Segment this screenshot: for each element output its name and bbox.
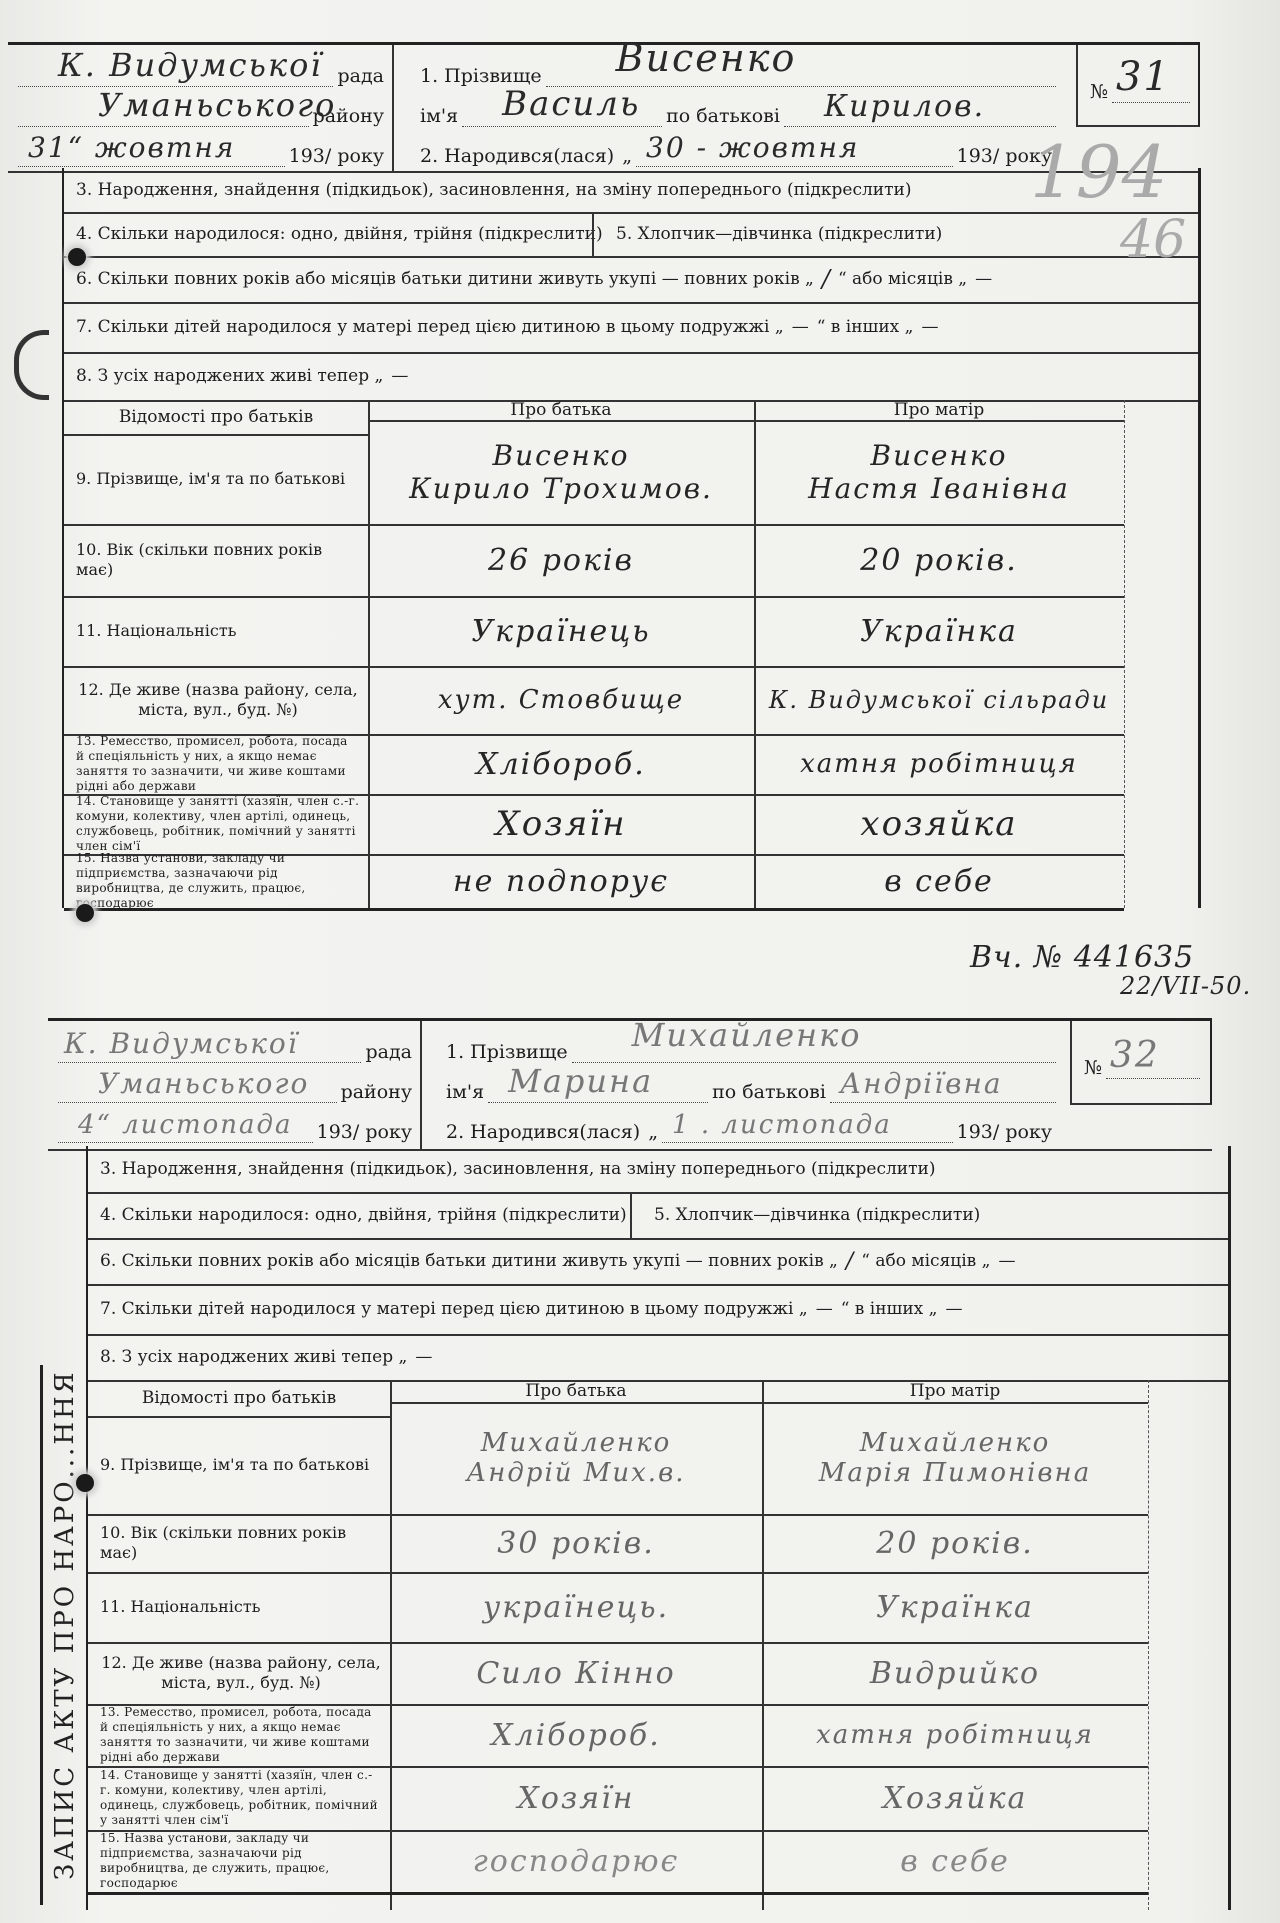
parents-table: Відомості про батьків Про батька Про мат… [64,400,1198,908]
mother-header: Про матір [762,1380,1148,1404]
q8-value: — [391,366,408,386]
mother-nationality: Українка [762,1572,1148,1644]
mother-header: Про матір [754,400,1124,420]
child-info-block: 1. Прізвище Михайленко ім'я Марина по ба… [426,1021,1066,1149]
birth-date-value: 30 - жовтня [646,131,859,164]
q6-row: 6. Скільки повних років або місяців бать… [64,256,1198,304]
q6-years-value: / [846,1249,853,1274]
council-label: рада [361,1041,416,1063]
registration-date-value: 4“ листопада [78,1110,293,1140]
pencil-note-lower: 46 [1120,210,1186,270]
child-info-block: 1. Прізвище Висенко ім'я Василь по батьк… [400,45,1068,171]
year-label: 193/ року [313,1121,416,1143]
number-sign: № [1086,81,1112,103]
father-header: Про батька [368,400,754,420]
q6-label-a: 6. Скільки повних років або місяців бать… [88,1251,838,1271]
mother-age: 20 років. [762,1514,1148,1574]
q4-label: 4. Скільки народилося: одно, двійня, трі… [64,224,603,244]
born-label: 2. Народився(лася) [416,145,618,167]
year-label: 193/ року [285,145,388,167]
parents-header: Відомості про батьків [88,1380,390,1418]
patronymic-label: по батькові [708,1081,830,1103]
record-body: 3. Народження, знайдення (підкидьок), за… [62,168,1201,908]
q15-label: 15. Назва установи, закладу чи підприємс… [88,1830,390,1895]
surname-value: Висенко [616,36,797,80]
patronymic-value: Кирилов. [824,89,985,124]
q7-other-value: — [921,317,938,337]
surname-label: 1. Прізвище [442,1041,572,1063]
q10-label: 10. Вік (скільки повних років має) [64,524,368,598]
record-number-value: 31 [1116,54,1171,100]
born-label: 2. Народився(лася) [442,1121,644,1143]
q7-label-b: “ в інших „ [817,317,914,337]
patronymic-label: по батькові [662,105,784,127]
district-value: Уманьського [98,86,336,124]
parents-header: Відомості про батьків [64,400,368,436]
mother-occupation: хатня робітниця [762,1704,1148,1768]
mother-fullname: ВисенкоНастя Іванівна [754,420,1124,526]
q7-this-value: — [816,1299,833,1319]
father-occupation: Хлібороб. [390,1704,762,1768]
q11-label: 11. Національність [64,596,368,668]
scanned-page: К. Видумської рада Уманьського району 31… [0,0,1280,1923]
q15-label: 15. Назва установи, закладу чи підприємс… [64,854,368,911]
q3-label: 3. Народження, знайдення (підкидьок), за… [88,1159,935,1179]
father-status: Хозяїн [390,1766,762,1832]
registration-date-value: 31“ жовтня [28,131,235,164]
father-fullname: МихайленкоАндрій Мих.в. [390,1402,762,1516]
punch-hole [76,1474,94,1492]
q13-label: 13. Ремесство, промисел, робота, посада … [88,1704,390,1768]
q11-label: 11. Національність [88,1572,390,1644]
council-value: К. Видумської [64,1027,299,1060]
father-residence: Сило Кінно [390,1642,762,1706]
q3-label: 3. Народження, знайдення (підкидьок), за… [64,180,911,200]
q7-label-a: 7. Скільки дітей народилося у матері пер… [64,317,784,337]
q6-label-b: “ або місяців „ [861,1251,990,1271]
q8-label: 8. З усіх народжених живі тепер „ [64,366,383,386]
father-age: 30 років. [390,1514,762,1574]
q7-label-b: “ в інших „ [841,1299,938,1319]
q12-label: 12. Де живе (назва району, села, міста, … [88,1642,390,1706]
first-name-value: Василь [502,84,640,124]
q7-row: 7. Скільки дітей народилося у матері пер… [88,1284,1228,1336]
side-title-border [40,1365,43,1905]
q6-months-value: — [975,269,992,289]
father-workplace: господарює [390,1830,762,1895]
mother-residence: К. Видумської сільради [754,666,1124,736]
q4-label: 4. Скільки народилося: одно, двійня, трі… [88,1205,627,1225]
side-title: ЗАПИС АКТУ ПРО НАРО...ННЯ [50,1369,80,1880]
pencil-mark [14,330,49,400]
q7-label-a: 7. Скільки дітей народилося у матері пер… [88,1299,808,1319]
father-occupation: Хлібороб. [368,734,754,796]
q5-label: 5. Хлопчик—дівчинка (підкреслити) [604,224,942,244]
record-number-value: 32 [1110,1035,1160,1076]
q12-label: 12. Де живе (назва району, села, міста, … [64,666,368,736]
mother-workplace: в себе [754,854,1124,911]
q8-value: — [415,1347,432,1367]
q10-label: 10. Вік (скільки повних років має) [88,1514,390,1574]
record-number-box: № 32 [1070,1021,1212,1105]
district-value: Уманьського [98,1067,309,1100]
record-header: К. Видумської рада Уманьського району 31… [8,42,1200,173]
registration-block: К. Видумської рада Уманьського району 4“… [48,1021,422,1149]
archive-note-line2: 22/VII-50. [1120,972,1251,1000]
record-header: К. Видумської рада Уманьського району 4“… [48,1018,1212,1151]
q7-other-value: — [945,1299,962,1319]
father-header: Про батька [390,1380,762,1404]
mother-nationality: Українка [754,596,1124,668]
father-nationality: Українець [368,596,754,668]
council-label: рада [333,65,388,87]
q14-label: 14. Становище у занятті (хазяїн, член с.… [64,794,368,856]
q6-label-a: 6. Скільки повних років або місяців бать… [64,269,814,289]
q8-label: 8. З усіх народжених живі тепер „ [88,1347,407,1367]
q5-label: 5. Хлопчик—дівчинка (підкреслити) [642,1205,980,1225]
pencil-note-upper: 194 [1030,130,1167,214]
q3-row: 3. Народження, знайдення (підкидьок), за… [88,1146,1228,1194]
father-residence: хут. Стовбище [368,666,754,736]
mother-residence: Видрийко [762,1642,1148,1706]
council-value: К. Видумської [58,46,323,84]
q6-row: 6. Скільки повних років або місяців бать… [88,1238,1228,1286]
q4-q5-row: 4. Скільки народилося: одно, двійня, трі… [88,1192,1228,1240]
mother-workplace: в себе [762,1830,1148,1895]
q8-row: 8. З усіх народжених живі тепер „ — [64,352,1198,402]
punch-hole [76,904,94,922]
mother-occupation: хатня робітниця [754,734,1124,796]
patronymic-value: Андріївна [840,1067,1003,1100]
q13-label: 13. Ремесство, промисел, робота, посада … [64,734,368,796]
district-label: району [337,1081,416,1103]
birth-date-value: 1 . листопада [672,1110,892,1140]
father-fullname: ВисенкоКирило Трохимов. [368,420,754,526]
surname-value: Михайленко [632,1016,862,1054]
record-number-box: № 31 [1076,45,1200,127]
q9-label: 9. Прізвище, ім'я та по батькові [64,434,368,526]
father-workplace: не подпорує [368,854,754,911]
father-age: 26 років [368,524,754,598]
parents-table: Відомості про батьків Про батька Про мат… [88,1380,1228,1910]
punch-hole [68,248,86,266]
mother-fullname: МихайленкоМарія Пимонівна [762,1402,1148,1516]
archive-note-line1: Вч. № 441635 [970,940,1194,975]
q3-row: 3. Народження, знайдення (підкидьок), за… [64,168,1198,214]
q6-label-b: “ або місяців „ [838,269,967,289]
birth-year-label: 193/ року [953,1121,1056,1143]
mother-age: 20 років. [754,524,1124,598]
first-name-label: ім'я [416,105,462,127]
q4-q5-row: 4. Скільки народилося: одно, двійня, трі… [64,212,1198,258]
q7-row: 7. Скільки дітей народилося у матері пер… [64,302,1198,354]
q6-months-value: — [998,1251,1015,1271]
q8-row: 8. З усіх народжених живі тепер „ — [88,1334,1228,1382]
first-name-value: Марина [508,1062,653,1100]
first-name-label: ім'я [442,1081,488,1103]
registration-block: К. Видумської рада Уманьського району 31… [8,45,394,171]
q14-label: 14. Становище у занятті (хазяїн, член с.… [88,1766,390,1832]
record-body: 3. Народження, знайдення (підкидьок), за… [86,1146,1231,1910]
q7-this-value: — [792,317,809,337]
q9-label: 9. Прізвище, ім'я та по батькові [88,1416,390,1516]
father-status: Хозяїн [368,794,754,856]
father-nationality: українець. [390,1572,762,1644]
q6-years-value: / [822,265,830,293]
mother-status: Хозяйка [762,1766,1148,1832]
mother-status: хозяйка [754,794,1124,856]
number-sign: № [1080,1057,1106,1079]
